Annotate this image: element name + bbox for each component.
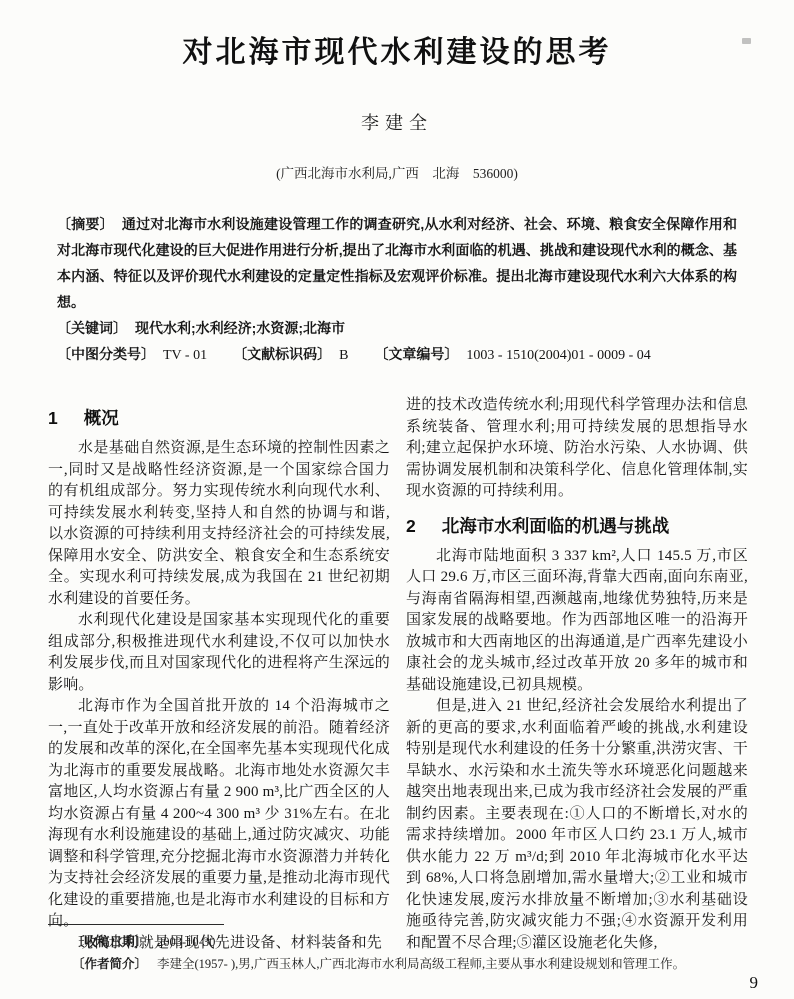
body-paragraph: 北海市陆地面积 3 337 km²,人口 145.5 万,市区人口 29.6 万… [406, 546, 748, 697]
received-date-label: 〔收稿日期〕 [72, 935, 147, 949]
section-2-title: 北海市水利面临的机遇与挑战 [442, 516, 670, 536]
page-number: 9 [750, 973, 759, 993]
article-meta-block: 〔摘要〕通过对北海市水利设施建设管理工作的调查研究,从水利对经济、社会、环境、粮… [57, 212, 737, 368]
right-column: 进的技术改造传统水利;用现代科学管理办法和信息系统装备、管理水利;用可持续发展的… [406, 395, 748, 983]
continuation-paragraph: 进的技术改造传统水利;用现代科学管理办法和信息系统装备、管理水利;用可持续发展的… [406, 395, 748, 503]
author-bio-label: 〔作者简介〕 [72, 957, 147, 971]
abstract-text: 通过对北海市水利设施建设管理工作的调查研究,从水利对经济、社会、环境、粮食安全保… [57, 216, 737, 310]
body-paragraph: 水是基础自然资源,是生态环境的控制性因素之一,同时又是战略性经济资源,是一个国家… [48, 438, 390, 610]
section-2-number: 2 [406, 516, 416, 536]
journal-page: 对北海市现代水利建设的思考 李建全 (广西北海市水利局,广西 北海 536000… [0, 0, 794, 999]
body-paragraph: 水利现代化建设是国家基本实现现代化的重要组成部分,积极推进现代水利建设,不仅可以… [48, 610, 390, 696]
author-bio-line: 〔作者简介〕李建全(1957- ),男,广西玉林人,广西北海市水利局高级工程师,… [72, 955, 748, 974]
clc-label: 〔中图分类号〕 [57, 346, 155, 362]
section-1-title: 概况 [84, 408, 119, 428]
author-name: 李建全 [0, 109, 794, 135]
body-paragraph: 北海市作为全国首批开放的 14 个沿海城市之一,一直处于改革开放和经济发展的前沿… [48, 696, 390, 933]
clc-value: TV - 01 [163, 348, 207, 363]
article-id-value: 1003 - 1510(2004)01 - 0009 - 04 [466, 348, 650, 363]
scan-artifact-speck [742, 38, 751, 44]
article-title: 对北海市现代水利建设的思考 [0, 0, 794, 71]
abstract-paragraph: 〔摘要〕通过对北海市水利设施建设管理工作的调查研究,从水利对经济、社会、环境、粮… [57, 212, 737, 316]
left-column: 1概况 水是基础自然资源,是生态环境的控制性因素之一,同时又是战略性经济资源,是… [48, 395, 390, 983]
received-date-line: 〔收稿日期〕2003-10-30 [72, 933, 748, 952]
author-bio-value: 李建全(1957- ),男,广西玉林人,广西北海市水利局高级工程师,主要从事水利… [157, 957, 685, 971]
doc-code-value: B [339, 348, 348, 363]
keywords-text: 现代水利;水利经济;水资源;北海市 [135, 320, 345, 336]
keywords-line: 〔关键词〕现代水利;水利经济;水资源;北海市 [57, 316, 737, 342]
section-1-heading: 1概况 [48, 405, 390, 430]
doc-code-label: 〔文献标识码〕 [233, 346, 331, 362]
footnote-area: 〔收稿日期〕2003-10-30 〔作者简介〕李建全(1957- ),男,广西玉… [48, 924, 748, 977]
article-id-label: 〔文章编号〕 [374, 346, 458, 362]
two-column-body: 1概况 水是基础自然资源,是生态环境的控制性因素之一,同时又是战略性经济资源,是… [48, 395, 748, 983]
author-affiliation: (广西北海市水利局,广西 北海 536000) [0, 162, 794, 182]
received-date-value: 2003-10-30 [157, 935, 215, 949]
classification-line: 〔中图分类号〕TV - 01〔文献标识码〕B〔文章编号〕1003 - 1510(… [57, 342, 737, 368]
keywords-label: 〔关键词〕 [57, 320, 127, 336]
section-2-heading: 2北海市水利面临的机遇与挑战 [406, 513, 748, 538]
body-paragraph: 但是,进入 21 世纪,经济社会发展给水利提出了新的更高的要求,水利面临着严峻的… [406, 696, 748, 954]
section-1-number: 1 [48, 408, 58, 428]
abstract-label: 〔摘要〕 [57, 216, 114, 232]
footnote-divider [48, 924, 224, 925]
